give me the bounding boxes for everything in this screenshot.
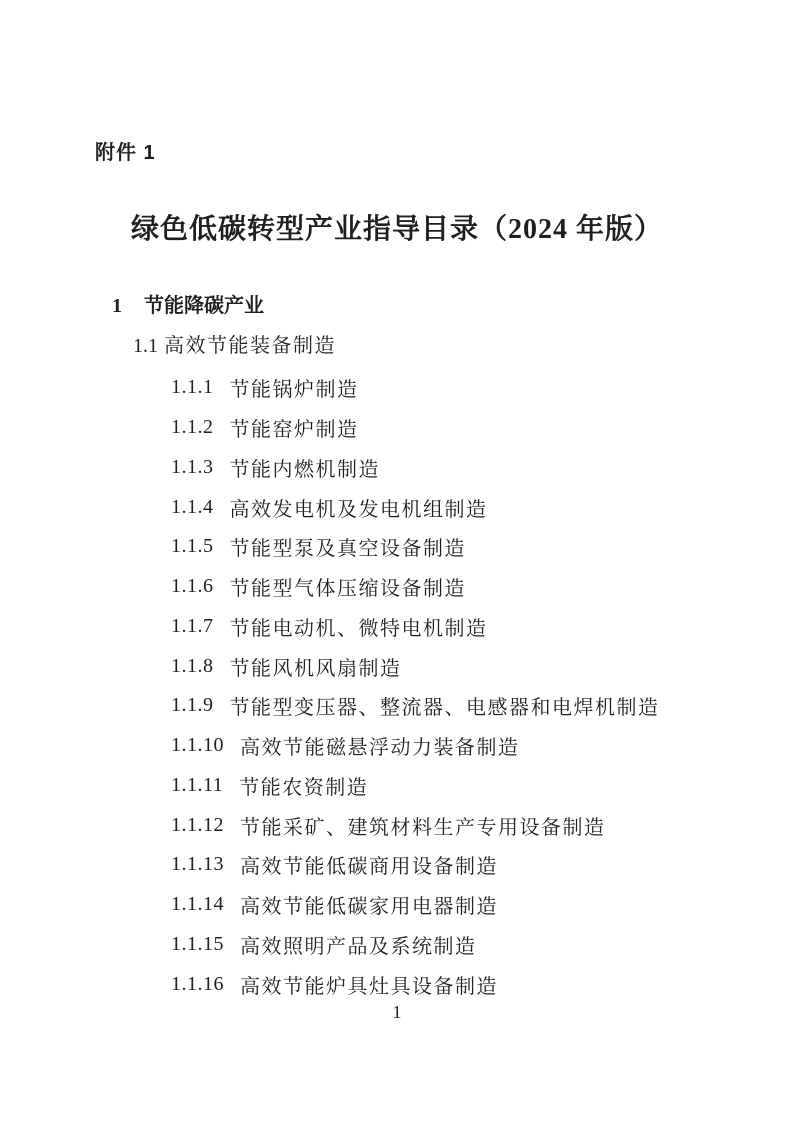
item-label: 节能农资制造 xyxy=(239,771,368,800)
item-label: 高效节能低碳家用电器制造 xyxy=(240,890,498,919)
catalog-item: 1.1.9 节能型变压器、整流器、电感器和电焊机制造 xyxy=(171,686,660,726)
section-label: 节能降碳产业 xyxy=(144,293,264,320)
item-number: 1.1.6 xyxy=(171,575,214,598)
catalog-item: 1.1.5 节能型泵及真空设备制造 xyxy=(171,527,660,567)
item-label: 节能电动机、微特电机制造 xyxy=(230,612,488,641)
item-number: 1.1.7 xyxy=(171,615,214,638)
subsection-number: 1.1 xyxy=(133,333,158,360)
catalog-item: 1.1.4 高效发电机及发电机组制造 xyxy=(171,487,660,527)
section-heading: 1 节能降碳产业 xyxy=(112,293,264,320)
item-label: 高效发电机及发电机组制造 xyxy=(230,493,488,522)
item-label: 高效节能磁悬浮动力装备制造 xyxy=(240,731,520,760)
item-number: 1.1.8 xyxy=(171,655,214,678)
item-number: 1.1.2 xyxy=(171,416,214,439)
item-number: 1.1.1 xyxy=(171,376,214,399)
item-number: 1.1.14 xyxy=(171,893,224,916)
catalog-item: 1.1.10 高效节能磁悬浮动力装备制造 xyxy=(171,726,660,766)
catalog-item: 1.1.8 节能风机风扇制造 xyxy=(171,646,660,686)
document-page: 附件 1 绿色低碳转型产业指导目录（2024 年版） 1 节能降碳产业 1.1 … xyxy=(0,0,794,1123)
catalog-item-list: 1.1.1 节能锅炉制造 1.1.2 节能窑炉制造 1.1.3 节能内燃机制造 … xyxy=(171,368,660,1004)
item-label: 节能型泵及真空设备制造 xyxy=(230,532,467,561)
item-number: 1.1.16 xyxy=(171,973,224,996)
catalog-item: 1.1.3 节能内燃机制造 xyxy=(171,448,660,488)
section-number: 1 xyxy=(112,293,122,320)
item-number: 1.1.11 xyxy=(171,774,223,797)
catalog-item: 1.1.1 节能锅炉制造 xyxy=(171,368,660,408)
item-number: 1.1.3 xyxy=(171,456,214,479)
item-number: 1.1.4 xyxy=(171,496,214,519)
item-number: 1.1.10 xyxy=(171,734,224,757)
catalog-item: 1.1.6 节能型气体压缩设备制造 xyxy=(171,567,660,607)
item-label: 节能窑炉制造 xyxy=(230,413,359,442)
catalog-item: 1.1.15 高效照明产品及系统制造 xyxy=(171,925,660,965)
item-number: 1.1.9 xyxy=(171,694,214,717)
item-label: 节能锅炉制造 xyxy=(230,373,359,402)
item-number: 1.1.15 xyxy=(171,933,224,956)
item-label: 节能风机风扇制造 xyxy=(230,652,402,681)
item-label: 高效节能炉具灶具设备制造 xyxy=(240,970,498,999)
item-number: 1.1.13 xyxy=(171,853,224,876)
item-label: 节能型变压器、整流器、电感器和电焊机制造 xyxy=(230,691,660,720)
item-label: 节能型气体压缩设备制造 xyxy=(230,572,467,601)
item-number: 1.1.12 xyxy=(171,814,224,837)
document-title: 绿色低碳转型产业指导目录（2024 年版） xyxy=(0,211,794,249)
catalog-item: 1.1.16 高效节能炉具灶具设备制造 xyxy=(171,964,660,1004)
subsection-label: 高效节能装备制造 xyxy=(164,333,336,360)
catalog-item: 1.1.7 节能电动机、微特电机制造 xyxy=(171,607,660,647)
catalog-item: 1.1.12 节能采矿、建筑材料生产专用设备制造 xyxy=(171,805,660,845)
item-label: 高效照明产品及系统制造 xyxy=(240,930,477,959)
catalog-item: 1.1.14 高效节能低碳家用电器制造 xyxy=(171,885,660,925)
item-number: 1.1.5 xyxy=(171,535,214,558)
subsection-heading: 1.1 高效节能装备制造 xyxy=(133,333,336,360)
item-label: 节能内燃机制造 xyxy=(230,453,381,482)
catalog-item: 1.1.2 节能窑炉制造 xyxy=(171,408,660,448)
catalog-item: 1.1.13 高效节能低碳商用设备制造 xyxy=(171,845,660,885)
item-label: 节能采矿、建筑材料生产专用设备制造 xyxy=(240,811,606,840)
attachment-label: 附件 1 xyxy=(95,140,156,166)
page-number: 1 xyxy=(0,1000,794,1024)
item-label: 高效节能低碳商用设备制造 xyxy=(240,850,498,879)
catalog-item: 1.1.11 节能农资制造 xyxy=(171,766,660,806)
